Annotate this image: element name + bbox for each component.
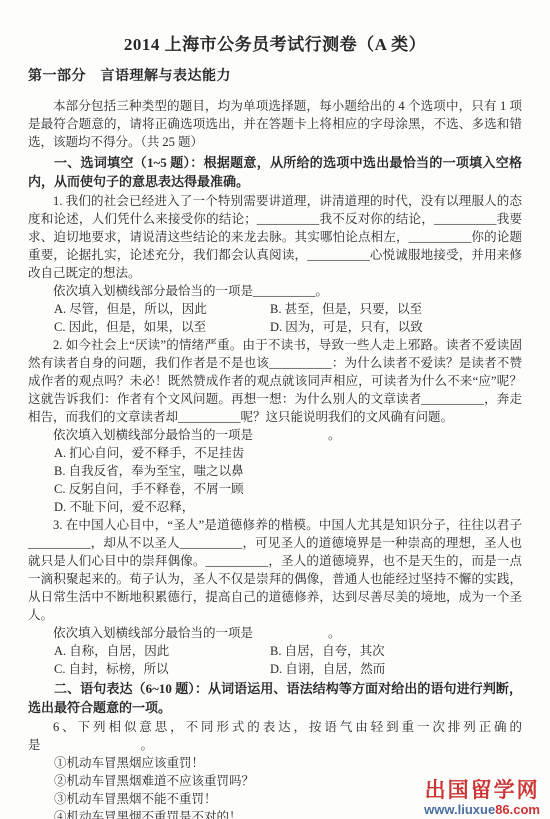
paper-title: 2014 上海市公务员考试行测卷（A 类）	[28, 30, 522, 55]
question-1-option-d: D. 因为，可是，只有，以致	[270, 318, 522, 336]
question-1-option-c: C. 因此，但是，如果，以至	[54, 318, 270, 336]
question-2-body: 2. 如今社会上“厌读”的情绪严重。由于不读书，导致一些人走上邪路。读者不爱读固…	[28, 336, 522, 426]
question-1-body: 1. 我们的社会已经进入了一个特别需要讲道理，讲清道理的时代，没有以理服人的态度…	[28, 192, 522, 282]
question-3-option-a: A. 自称，自居，因此	[54, 642, 270, 660]
question-1-prompt: 依次填入划横线部分最恰当的一项是__________。	[28, 282, 522, 300]
question-1-options: A. 尽管，但是，所以，因此 B. 甚至，但是，只要，以至 C. 因此，但是，如…	[54, 300, 522, 336]
exam-paper-page: 2014 上海市公务员考试行测卷（A 类） 第一部分 言语理解与表达能力 本部分…	[0, 0, 550, 819]
question-2-option-a: A. 扪心自问，爱不释手，不足挂齿	[54, 444, 522, 462]
question-3-option-d: D. 自诩，自居，然而	[270, 660, 522, 678]
question-1-option-a: A. 尽管，但是，所以，因此	[54, 300, 270, 318]
watermark-url: www.liuxue86.com	[424, 803, 540, 816]
part1-heading: 第一部分 言语理解与表达能力	[28, 65, 522, 85]
watermark-url-prefix: www.liuxue	[424, 802, 495, 817]
watermark-site-name: 出国留学网	[424, 780, 540, 801]
question-3-body: 3. 在中国人心目中，“圣人”是道德修养的楷模。中国人尤其是知识分子，往往以君子…	[28, 516, 522, 624]
question-2-option-c: C. 反躬自问，手不释卷，不屑一顾	[54, 480, 522, 498]
question-3-prompt: 依次填入划横线部分最恰当的一项是 。	[28, 624, 522, 642]
part1-intro: 本部分包括三种类型的题目，均为单项选择题，每小题给出的 4 个选项中，只有 1 …	[28, 97, 522, 151]
question-1-option-b: B. 甚至，但是，只要，以至	[270, 300, 522, 318]
question-2-prompt: 依次填入划横线部分最恰当的一项是 。	[28, 426, 522, 444]
question-6-stem: 6、下列相似意思，不同形式的表达，按语气由轻到重一次排列正确的是 。	[28, 718, 522, 754]
question-2-option-d: D. 不耻下问，爱不忍释，	[54, 498, 522, 516]
liuxue86-watermark: 出国留学网 www.liuxue86.com	[424, 780, 540, 816]
section1-heading: 一、选词填空（1~5 题）：根据题意，从所给的选项中选出最恰当的一项填入空格内，…	[28, 153, 522, 191]
watermark-url-suffix: 86.com	[495, 802, 540, 817]
question-3-option-b: B. 自居，自夸，其次	[270, 642, 522, 660]
question-3-option-c: C. 自封，标榜，所以	[54, 660, 270, 678]
question-2-options: A. 扪心自问，爱不释手，不足挂齿 B. 自我反省，奉为至宝，嗤之以鼻 C. 反…	[54, 444, 522, 516]
question-3-options: A. 自称，自居，因此 B. 自居，自夸，其次 C. 自封，标榜，所以 D. 自…	[54, 642, 522, 678]
question-6-statement-1: ①机动车冒黑烟应该重罚！	[54, 754, 522, 772]
question-2-option-b: B. 自我反省，奉为至宝，嗤之以鼻	[54, 462, 522, 480]
section2-heading: 二、语句表达（6~10 题）：从词语运用、语法结构等方面对给出的语句进行判断，选…	[28, 679, 522, 717]
